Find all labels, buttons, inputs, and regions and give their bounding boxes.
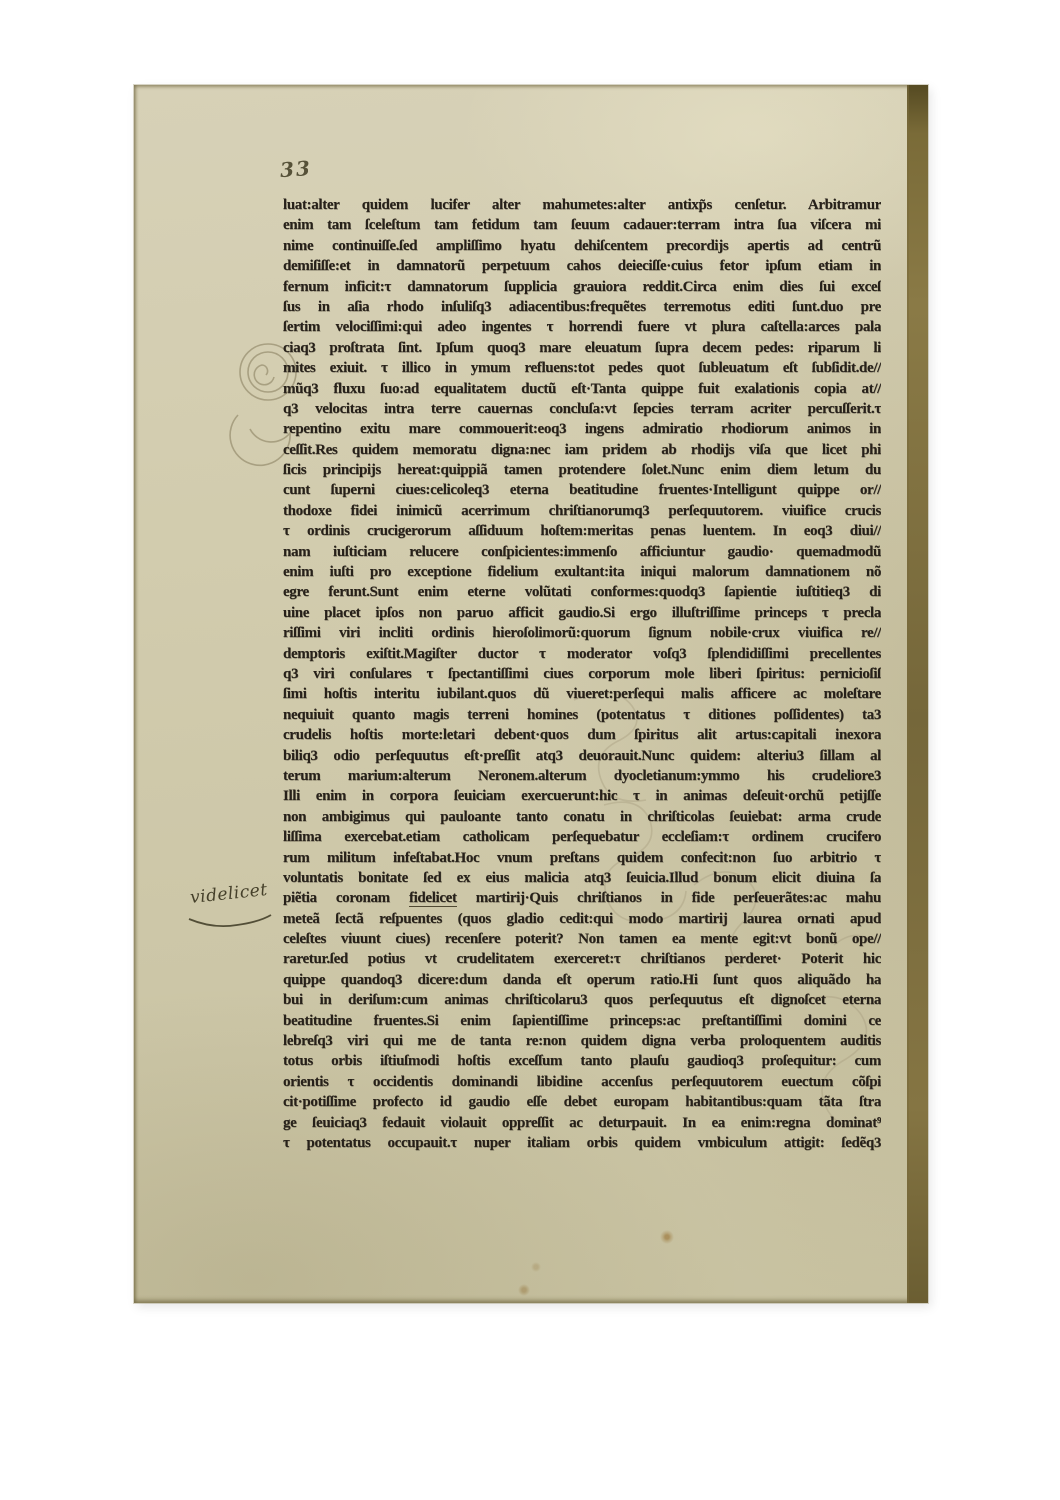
text-line: mites exiuit. τ illico in ymum refluens:… (283, 358, 881, 378)
text-line: τ ordinis crucigerorum aſſiduum hoſtem:m… (283, 521, 881, 541)
text-line: egre ferunt.Sunt enim eterne volũtati co… (283, 582, 881, 602)
text-line: orientis τ occidentis dominandi libidine… (283, 1072, 881, 1092)
text-line: meteã ſectã reſpuentes (quos gladio cedi… (283, 909, 881, 929)
book-edge-strip (907, 85, 928, 1303)
text-line: Illi enim in corpora ſeuiciam exercuerun… (283, 786, 881, 806)
text-line: τ potentatus occupauit.τ nuper italiam o… (283, 1133, 881, 1153)
annotation-underline (189, 915, 271, 926)
text-line: cunt ſuperni ciues:celicoleq3 eterna bea… (283, 480, 881, 500)
text-line: uine placet ipſos non paruo afficit gaud… (283, 603, 881, 623)
underlined-word: fidelicet (409, 890, 457, 907)
text-line: raretur.ſed potius vt crudelitatem exerc… (283, 949, 881, 969)
text-line: demiſiſſe:et in damnatorũ perpetuum caho… (283, 256, 881, 276)
text-line: ſicis principijs hereat:quippiã tamen pr… (283, 460, 881, 480)
text-block: luat:alter quidem lucifer alter mahumete… (283, 195, 881, 1153)
text-line: liſſima exercebat.etiam catholicam perſe… (283, 827, 881, 847)
text-line: ſus in aſia rhodo inſuliſq3 adiacentibus… (283, 297, 881, 317)
text-line: repentino exitu mare commouerit:eoq3 ing… (283, 419, 881, 439)
text-line: ceſſit.Res quidem memoratu digna:nec iam… (283, 440, 881, 460)
text-line: totus orbis iſtiuſmodi hoſtis exceſſum t… (283, 1051, 881, 1071)
text-line: cit·potiſſime profecto id gaudio eſſe de… (283, 1092, 881, 1112)
text-line: q3 velocitas intra terre cauernas conclu… (283, 399, 881, 419)
text-line: mũq3 fluxu ſuo:ad equalitatem ductũ eſt·… (283, 379, 881, 399)
text-line: quippe quandoq3 dicere:dum danda eſt ope… (283, 970, 881, 990)
text-line: terum marium:alterum Neronem.alterum dyo… (283, 766, 881, 786)
text-line: ciaq3 proſtrata ſint. Ipſum quoq3 mare e… (283, 338, 881, 358)
text-line: non ambigimus qui pauloante tanto conatu… (283, 807, 881, 827)
page-scan: 33 luat:alter quidem lucifer alter mahum… (134, 85, 928, 1303)
text-line: biliq3 odio perſequutus eſt·preſſit atq3… (283, 746, 881, 766)
text-line: crudelis hoſtis morte:letari debent·quos… (283, 725, 881, 745)
text-line: lebreſq3 viri qui me de tanta re:non qui… (283, 1031, 881, 1051)
blind-stamp-lower-arc (230, 415, 290, 465)
text-line: nime continuiſſe.ſed ampliſſimo hyatu de… (283, 236, 881, 256)
text-line: demptoris exiſtit.Magiſter ductor τ mode… (283, 644, 881, 664)
text-segment: piẽtia coronam (283, 890, 409, 906)
text-segment: martirij·Quis chriſtianos in fide perſeu… (457, 890, 881, 906)
text-line: riſſimi viri incliti ordinis hieroſolimo… (283, 623, 881, 643)
blind-stamp-middle-ring (248, 352, 288, 392)
text-line: piẽtia coronam fidelicet martirij·Quis c… (283, 888, 881, 908)
text-line: nam iuſticiam relucere conſpicientes:imm… (283, 542, 881, 562)
marginal-note-videlicet: videlicet (189, 880, 268, 908)
text-line: luat:alter quidem lucifer alter mahumete… (283, 195, 881, 215)
text-line: enim tam ſceleſtum tam fetidum tam ſeuum… (283, 215, 881, 235)
text-line: bui in deriſum:cum animas chriſticolaru3… (283, 990, 881, 1010)
text-line: q3 viri conſulares τ ſpectantiſſimi ciue… (283, 664, 881, 684)
text-line: rum militum infeſtabat.Hoc vnum preſtans… (283, 848, 881, 868)
text-line: ſertim velociſſimi:qui adeo ingentes τ h… (283, 317, 881, 337)
text-line: thodoxe fidei inimicũ acerrimum chriſtia… (283, 501, 881, 521)
text-line: ſimi hoſtis interitu iubilant.quos dũ vi… (283, 684, 881, 704)
text-line: voluntatis bonitate ſed ex eius malicia … (283, 868, 881, 888)
text-line: enim iuſti pro exceptione fidelium exult… (283, 562, 881, 582)
text-line: beatitudine fruentes.Si enim ſapientiſſi… (283, 1011, 881, 1031)
text-line: celeſtes viuunt ciues) recenſere poterit… (283, 929, 881, 949)
text-line: nequiuit quanto magis terreni homines (p… (283, 705, 881, 725)
scan-canvas: 33 luat:alter quidem lucifer alter mahum… (0, 0, 1060, 1500)
blind-stamp-spiral (254, 365, 274, 385)
text-line: fernum inficit:τ damnatorum ſupplicia gr… (283, 277, 881, 297)
folio-number: 33 (279, 156, 312, 182)
text-line: ge ſeuiciaq3 fedauit violauit oppreſſit … (283, 1113, 881, 1133)
